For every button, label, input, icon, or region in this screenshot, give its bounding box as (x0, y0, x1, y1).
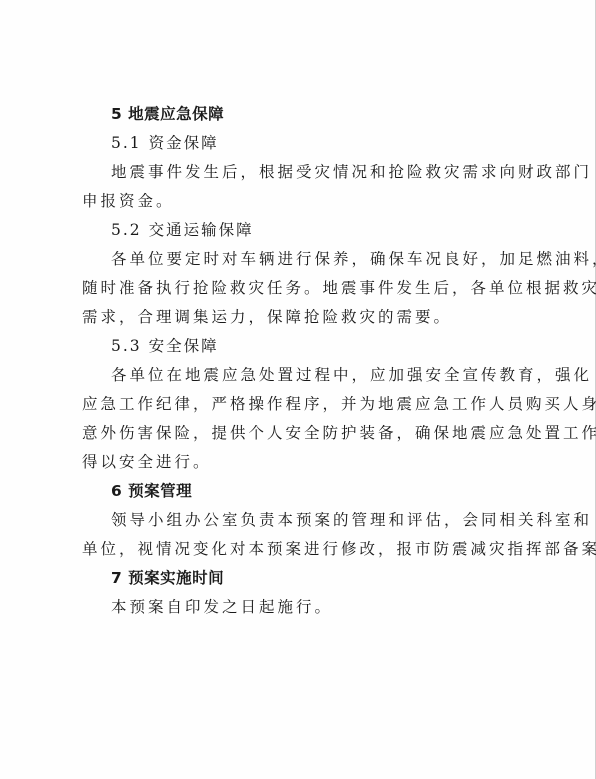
paragraph-line: 领导小组办公室负责本预案的管理和评估，会同相关科室和 (82, 506, 528, 535)
section-heading-6: 6 预案管理 (82, 477, 528, 506)
paragraph-line: 需求，合理调集运力，保障抢险救灾的需要。 (82, 303, 528, 332)
paragraph-line: 单位，视情况变化对本预案进行修改，报市防震减灾指挥部备案。 (82, 535, 528, 564)
paragraph-line: 应急工作纪律，严格操作程序，并为地震应急工作人员购买人身 (82, 390, 528, 419)
paragraph-line: 地震事件发生后，根据受灾情况和抢险救灾需求向财政部门 (82, 158, 528, 187)
paragraph-line: 各单位在地震应急处置过程中，应加强安全宣传教育，强化 (82, 361, 528, 390)
subsection-heading-5-2: 5.2 交通运输保障 (82, 216, 528, 245)
paragraph-6: 领导小组办公室负责本预案的管理和评估，会同相关科室和 单位，视情况变化对本预案进… (82, 506, 528, 564)
paragraph-line: 意外伤害保险，提供个人安全防护装备，确保地震应急处置工作 (82, 419, 528, 448)
paragraph-line: 申报资金。 (82, 187, 528, 216)
paragraph-7: 本预案自印发之日起施行。 (82, 593, 528, 622)
paragraph-line: 各单位要定时对车辆进行保养，确保车况良好，加足燃油料， (82, 245, 528, 274)
paragraph-line: 得以安全进行。 (82, 448, 528, 477)
paragraph-line: 随时准备执行抢险救灾任务。地震事件发生后，各单位根据救灾 (82, 274, 528, 303)
section-heading-7: 7 预案实施时间 (82, 564, 528, 593)
paragraph-5-3: 各单位在地震应急处置过程中，应加强安全宣传教育，强化 应急工作纪律，严格操作程序… (82, 361, 528, 477)
subsection-heading-5-1: 5.1 资金保障 (82, 129, 528, 158)
paragraph-5-1: 地震事件发生后，根据受灾情况和抢险救灾需求向财政部门 申报资金。 (82, 158, 528, 216)
paragraph-5-2: 各单位要定时对车辆进行保养，确保车况良好，加足燃油料， 随时准备执行抢险救灾任务… (82, 245, 528, 332)
document-page: 5 地震应急保障 5.1 资金保障 地震事件发生后，根据受灾情况和抢险救灾需求向… (82, 100, 528, 622)
subsection-heading-5-3: 5.3 安全保障 (82, 332, 528, 361)
paragraph-line: 本预案自印发之日起施行。 (82, 593, 528, 622)
section-heading-5: 5 地震应急保障 (82, 100, 528, 129)
